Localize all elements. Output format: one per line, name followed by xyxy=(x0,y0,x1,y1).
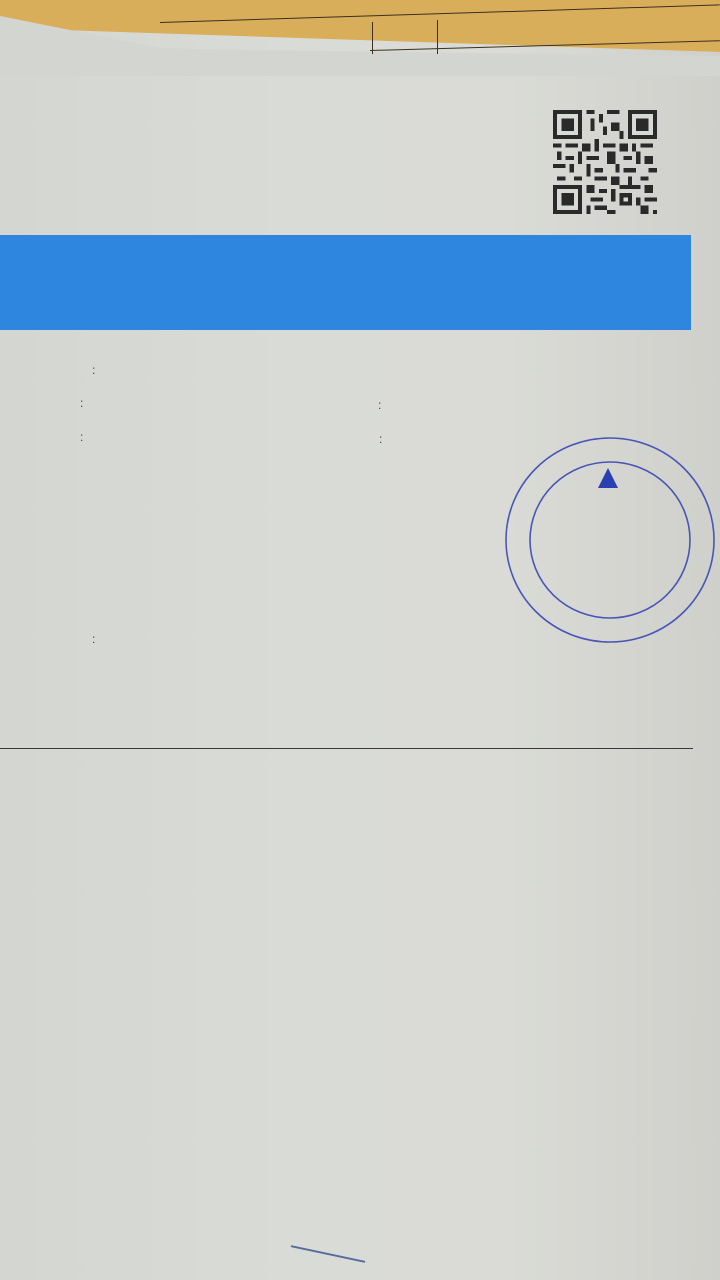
validity-heading xyxy=(220,682,223,700)
colon: : xyxy=(80,430,83,444)
pen-mark xyxy=(291,1245,366,1263)
qr-code-icon xyxy=(553,110,657,214)
license-title-banner xyxy=(0,235,691,330)
folder-divider xyxy=(437,20,438,54)
triangle-icon xyxy=(598,468,618,488)
divider xyxy=(0,748,693,749)
colon: : xyxy=(80,396,83,410)
colon: : xyxy=(378,398,381,412)
folder-divider xyxy=(372,22,373,54)
colon: : xyxy=(379,432,382,446)
keep-address-heading xyxy=(0,605,4,625)
received-stamp xyxy=(502,432,720,648)
colon: : xyxy=(92,363,95,377)
owner-section-heading xyxy=(0,334,4,354)
colon: : xyxy=(92,632,95,646)
